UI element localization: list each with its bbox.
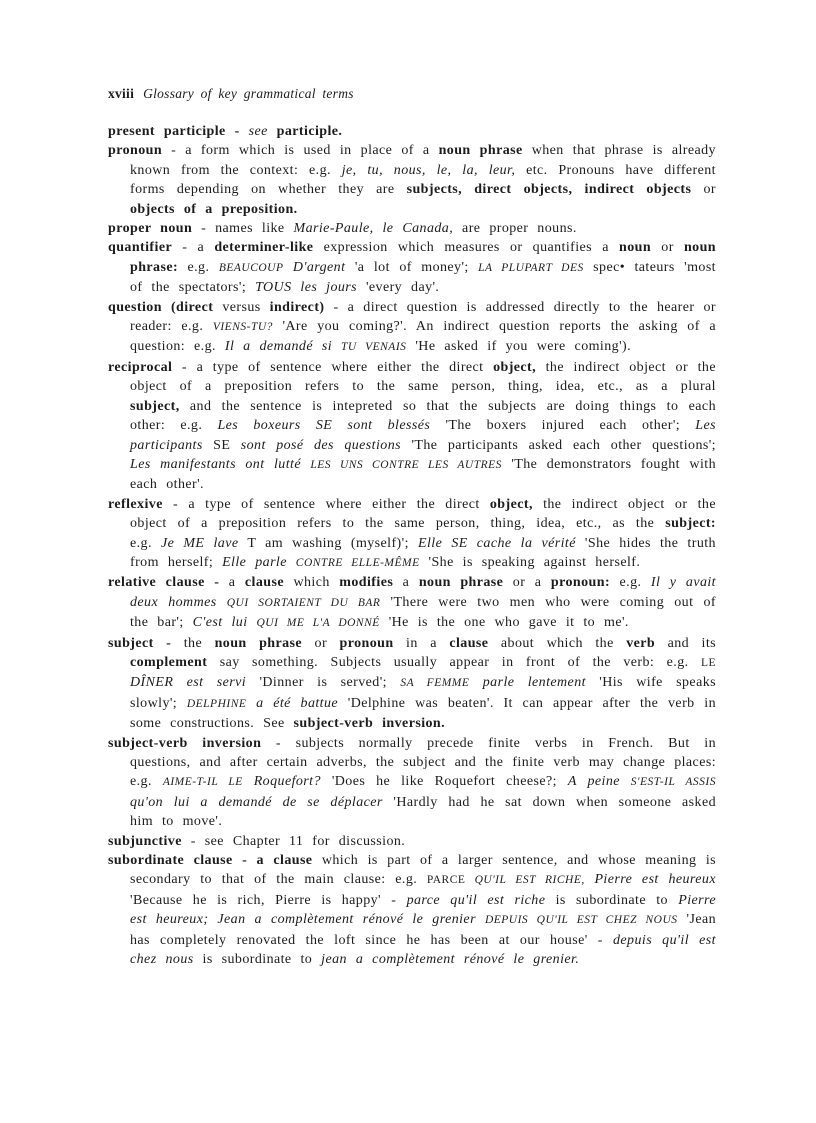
glossary-entry-subjunctive: subjunctive - see Chapter 11 for discuss… xyxy=(108,832,716,851)
text-segment: Les manifestants ont lutté xyxy=(130,457,310,472)
text-segment: and its xyxy=(655,636,716,651)
glossary-entry-subordinate-clause: subordinate clause - a clause which is p… xyxy=(108,851,716,969)
text-segment: - see Chapter 11 for discussion. xyxy=(182,834,405,849)
glossary-entries: present participle - see participle.pron… xyxy=(108,122,716,969)
glossary-entry-reflexive: reflexive - a type of sentence where eit… xyxy=(108,495,716,574)
text-segment: noun phrase xyxy=(215,636,302,651)
text-segment: LES UNS CONTRE LES AUTRES xyxy=(310,459,502,471)
text-segment: present participle - xyxy=(108,124,249,139)
text-segment: quantifier xyxy=(108,240,172,255)
text-segment: 'every day'. xyxy=(357,280,439,295)
text-segment: pronoun: xyxy=(551,575,610,590)
glossary-entry-relative-clause: relative clause - a clause which modifie… xyxy=(108,573,716,633)
text-segment: subjects, direct objects, indirect objec… xyxy=(407,182,692,197)
text-segment: sont posé des questions xyxy=(241,438,401,453)
text-segment: 'The boxers injured each other'; xyxy=(430,418,695,433)
text-segment: relative clause - xyxy=(108,575,219,590)
glossary-entry-reciprocal: reciprocal - a type of sentence where ei… xyxy=(108,358,716,495)
text-segment: is subordinate to xyxy=(545,893,678,908)
text-segment: subordinate clause - a clause xyxy=(108,853,312,868)
text-segment: AIME-T-IL LE xyxy=(163,776,243,788)
text-segment: 'He asked if you were coming'). xyxy=(406,339,631,354)
text-segment: subject-verb inversion xyxy=(108,736,261,751)
text-segment: subject, xyxy=(130,399,180,414)
text-segment: SE xyxy=(203,438,241,453)
text-segment: DELPHINE xyxy=(187,698,247,710)
glossary-entry-present-participle: present participle - see participle. xyxy=(108,122,716,141)
text-segment: QU'IL EST RICHE, xyxy=(475,874,585,886)
text-segment: - names like xyxy=(192,221,293,236)
text-segment: are proper nouns. xyxy=(453,221,577,236)
text-segment: Marie-Paule, le Canada, xyxy=(294,221,454,236)
text-segment: LA PLUPART DES xyxy=(478,262,584,274)
glossary-entry-question: question (direct versus indirect) - a di… xyxy=(108,298,716,358)
glossary-entry-proper-noun: proper noun - names like Marie-Paule, le… xyxy=(108,219,716,238)
page-number: xviii xyxy=(108,86,134,101)
text-segment: qu'on lui a demandé de se déplacer xyxy=(130,795,383,810)
text-segment: Les boxeurs SE sont blessés xyxy=(217,418,430,433)
text-segment: see xyxy=(249,124,268,139)
text-segment: subject: xyxy=(665,516,716,531)
text-segment: or xyxy=(691,182,716,197)
text-segment: parle lentement xyxy=(469,675,586,690)
text-segment: participle. xyxy=(268,124,343,139)
text-segment: noun phrase xyxy=(419,575,504,590)
text-segment: QUI SORTAIENT DU BAR xyxy=(227,597,381,609)
text-segment: SA FEMME xyxy=(400,677,469,689)
text-segment: the xyxy=(171,636,214,651)
text-segment: 'He is the one who gave it to me'. xyxy=(380,615,629,630)
text-segment: object, xyxy=(493,360,536,375)
text-segment: parce qu'il est riche xyxy=(407,893,546,908)
document-page: xviiiGlossary of key grammatical terms p… xyxy=(0,0,816,1123)
text-segment: subjunctive xyxy=(108,834,182,849)
glossary-entry-pronoun: pronoun - a form which is used in place … xyxy=(108,141,716,219)
text-segment: 'Does he like Roquefort cheese?; xyxy=(321,774,568,789)
text-segment: T am washing (myself)'; xyxy=(238,536,418,551)
text-segment: pronoun xyxy=(340,636,394,651)
text-segment: Pierre est heureux xyxy=(585,872,716,887)
text-segment: or xyxy=(302,636,339,651)
text-segment: 'The participants asked each other quest… xyxy=(401,438,716,453)
text-segment: a xyxy=(219,575,245,590)
text-segment: PARCE xyxy=(427,874,475,886)
text-segment: DÎNER est servi xyxy=(130,675,246,690)
text-segment: e.g. xyxy=(178,260,219,275)
text-segment: proper noun xyxy=(108,221,192,236)
text-segment: clause xyxy=(245,575,284,590)
text-segment: reflexive xyxy=(108,497,163,512)
text-segment: noun phrase xyxy=(439,143,523,158)
text-segment: je, tu, nous, le, la, leur, xyxy=(342,163,516,178)
text-segment: object, xyxy=(490,497,533,512)
text-segment: QUI ME L'A DONNÉ xyxy=(256,617,379,629)
text-segment: jean a complètement rénové le grenier. xyxy=(321,952,579,967)
text-segment: VIENS-TU? xyxy=(213,321,273,333)
text-segment: Je ME lave xyxy=(161,536,239,551)
text-segment: Elle parle xyxy=(222,555,296,570)
text-segment: - a xyxy=(172,240,214,255)
text-segment: 'She is speaking against herself. xyxy=(420,555,641,570)
text-segment: 'Because he is rich, Pierre is happy' - xyxy=(130,893,407,908)
text-segment: versus xyxy=(213,300,269,315)
text-segment: reciprocal xyxy=(108,360,172,375)
running-head-title: Glossary of key grammatical terms xyxy=(143,86,354,101)
text-segment: TOUS les jours xyxy=(255,280,357,295)
text-segment: say something. Subjects usually appear i… xyxy=(207,655,701,670)
text-segment: LE xyxy=(701,657,716,669)
text-segment: determiner-like xyxy=(214,240,313,255)
text-segment: Il a demandé si xyxy=(225,339,341,354)
text-segment: expression which measures or quantifies … xyxy=(313,240,619,255)
text-segment: - a type of sentence where either the di… xyxy=(172,360,493,375)
text-segment: subject-verb inversion. xyxy=(294,716,446,731)
text-segment: in a xyxy=(394,636,450,651)
text-segment: 'Dinner is served'; xyxy=(246,675,400,690)
text-segment: S'EST-IL ASSIS xyxy=(631,776,716,788)
text-segment: - a form which is used in place of a xyxy=(162,143,439,158)
text-segment: C'est lui xyxy=(193,615,257,630)
text-segment: 'a lot of money'; xyxy=(345,260,478,275)
text-segment: A peine xyxy=(568,774,631,789)
text-segment: about which the xyxy=(488,636,626,651)
text-segment: objects of a preposition. xyxy=(130,202,298,217)
glossary-entry-quantifier: quantifier - a determiner-like expressio… xyxy=(108,238,716,297)
glossary-entry-subject: subject - the noun phrase or pronoun in … xyxy=(108,634,716,734)
text-segment: CONTRE ELLE-MÊME xyxy=(296,557,420,569)
text-segment: clause xyxy=(449,636,488,651)
text-segment: TU VENAIS xyxy=(341,341,406,353)
text-segment: e.g. xyxy=(130,536,161,551)
page-header: xviiiGlossary of key grammatical terms xyxy=(108,86,716,101)
text-segment: is subordinate to xyxy=(194,952,322,967)
text-segment: indirect) xyxy=(270,300,325,315)
text-segment: - a type of sentence where either the di… xyxy=(163,497,490,512)
text-segment: Roquefort? xyxy=(243,774,321,789)
text-segment: question (direct xyxy=(108,300,213,315)
text-segment: noun xyxy=(619,240,651,255)
text-segment: verb xyxy=(626,636,655,651)
glossary-entry-subject-verb-inversion: subject-verb inversion - subjects normal… xyxy=(108,734,716,832)
text-segment: modifies xyxy=(339,575,393,590)
text-segment: which xyxy=(284,575,339,590)
text-segment: Elle SE cache la vérité xyxy=(418,536,576,551)
text-segment: a été battue xyxy=(246,696,338,711)
text-segment: or xyxy=(651,240,684,255)
text-segment: e.g. xyxy=(610,575,651,590)
text-segment: pronoun xyxy=(108,143,162,158)
text-segment: DEPUIS QU'IL EST CHEZ NOUS xyxy=(485,914,678,926)
text-segment: BEAUCOUP xyxy=(219,262,284,274)
text-segment: D'argent xyxy=(283,260,345,275)
text-segment: complement xyxy=(130,655,207,670)
text-segment: or a xyxy=(503,575,551,590)
text-segment: subject - xyxy=(108,636,171,651)
text-segment: a xyxy=(393,575,419,590)
